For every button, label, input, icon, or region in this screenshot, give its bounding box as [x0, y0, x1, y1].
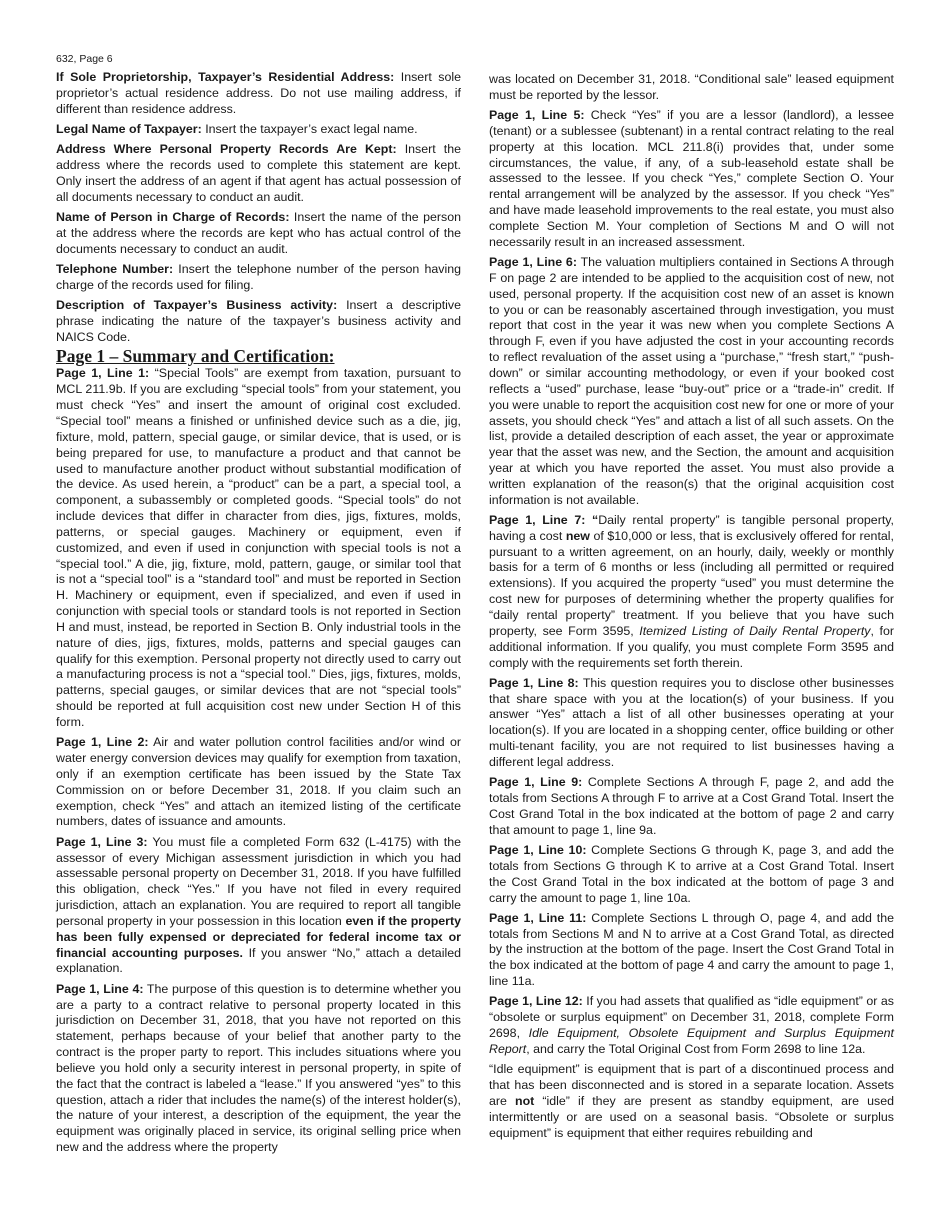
term-label: Telephone Number: [56, 262, 173, 276]
paragraph-line-2: Page 1, Line 2: Air and water pollution … [56, 735, 461, 830]
line-label: Page 1, Line 7: “ [489, 513, 598, 527]
paragraph-legal-name: Legal Name of Taxpayer: Insert the taxpa… [56, 122, 461, 138]
paragraph-line-1: Page 1, Line 1: “Special Tools” are exem… [56, 366, 461, 730]
paragraph-line-3: Page 1, Line 3: You must file a complete… [56, 835, 461, 978]
paragraph-business-activity: Description of Taxpayer’s Business activ… [56, 298, 461, 346]
line-label: Page 1, Line 4: [56, 982, 143, 996]
line-label: Page 1, Line 8: [489, 676, 579, 690]
paragraph-line-4-continued: was located on December 31, 2018. “Condi… [489, 72, 894, 104]
section-heading: Page 1 – Summary and Certification: [56, 347, 461, 366]
paragraph-line-5: Page 1, Line 5: Check “Yes” if you are a… [489, 108, 894, 251]
term-label: Address Where Personal Property Records … [56, 142, 397, 156]
line-label: Page 1, Line 12: [489, 994, 583, 1008]
paragraph-line-4: Page 1, Line 4: The purpose of this ques… [56, 982, 461, 1156]
paragraph-line-11: Page 1, Line 11: Complete Sections L thr… [489, 911, 894, 990]
paragraph-idle-equipment: “Idle equipment” is equipment that is pa… [489, 1062, 894, 1141]
paragraph-line-9: Page 1, Line 9: Complete Sections A thro… [489, 775, 894, 838]
term-label: Description of Taxpayer’s Business activ… [56, 298, 337, 312]
line-label: Page 1, Line 6: [489, 255, 577, 269]
term-label: Legal Name of Taxpayer: [56, 122, 202, 136]
term-label: Name of Person in Charge of Records: [56, 210, 289, 224]
paragraph-line-7: Page 1, Line 7: “Daily rental property” … [489, 513, 894, 671]
form-title: Itemized Listing of Daily Rental Propert… [639, 624, 870, 638]
line-label: Page 1, Line 5: [489, 108, 584, 122]
paragraph-residential-address: If Sole Proprietorship, Taxpayer’s Resid… [56, 70, 461, 118]
term-label: If Sole Proprietorship, Taxpayer’s Resid… [56, 70, 394, 84]
line-label: Page 1, Line 1: [56, 366, 149, 380]
paragraph-line-10: Page 1, Line 10: Complete Sections G thr… [489, 843, 894, 906]
paragraph-line-8: Page 1, Line 8: This question requires y… [489, 676, 894, 771]
line-label: Page 1, Line 10: [489, 843, 586, 857]
line-label: Page 1, Line 11: [489, 911, 586, 925]
paragraph-records-address: Address Where Personal Property Records … [56, 142, 461, 205]
left-column: If Sole Proprietorship, Taxpayer’s Resid… [56, 70, 461, 1160]
paragraph-line-12: Page 1, Line 12: If you had assets that … [489, 994, 894, 1057]
paragraph-person-in-charge: Name of Person in Charge of Records: Ins… [56, 210, 461, 258]
paragraph-line-6: Page 1, Line 6: The valuation multiplier… [489, 255, 894, 509]
line-label: Page 1, Line 9: [489, 775, 582, 789]
page-number: 632, Page 6 [56, 53, 113, 65]
right-column: was located on December 31, 2018. “Condi… [489, 72, 894, 1146]
paragraph-telephone: Telephone Number: Insert the telephone n… [56, 262, 461, 294]
line-label: Page 1, Line 2: [56, 735, 148, 749]
line-label: Page 1, Line 3: [56, 835, 148, 849]
